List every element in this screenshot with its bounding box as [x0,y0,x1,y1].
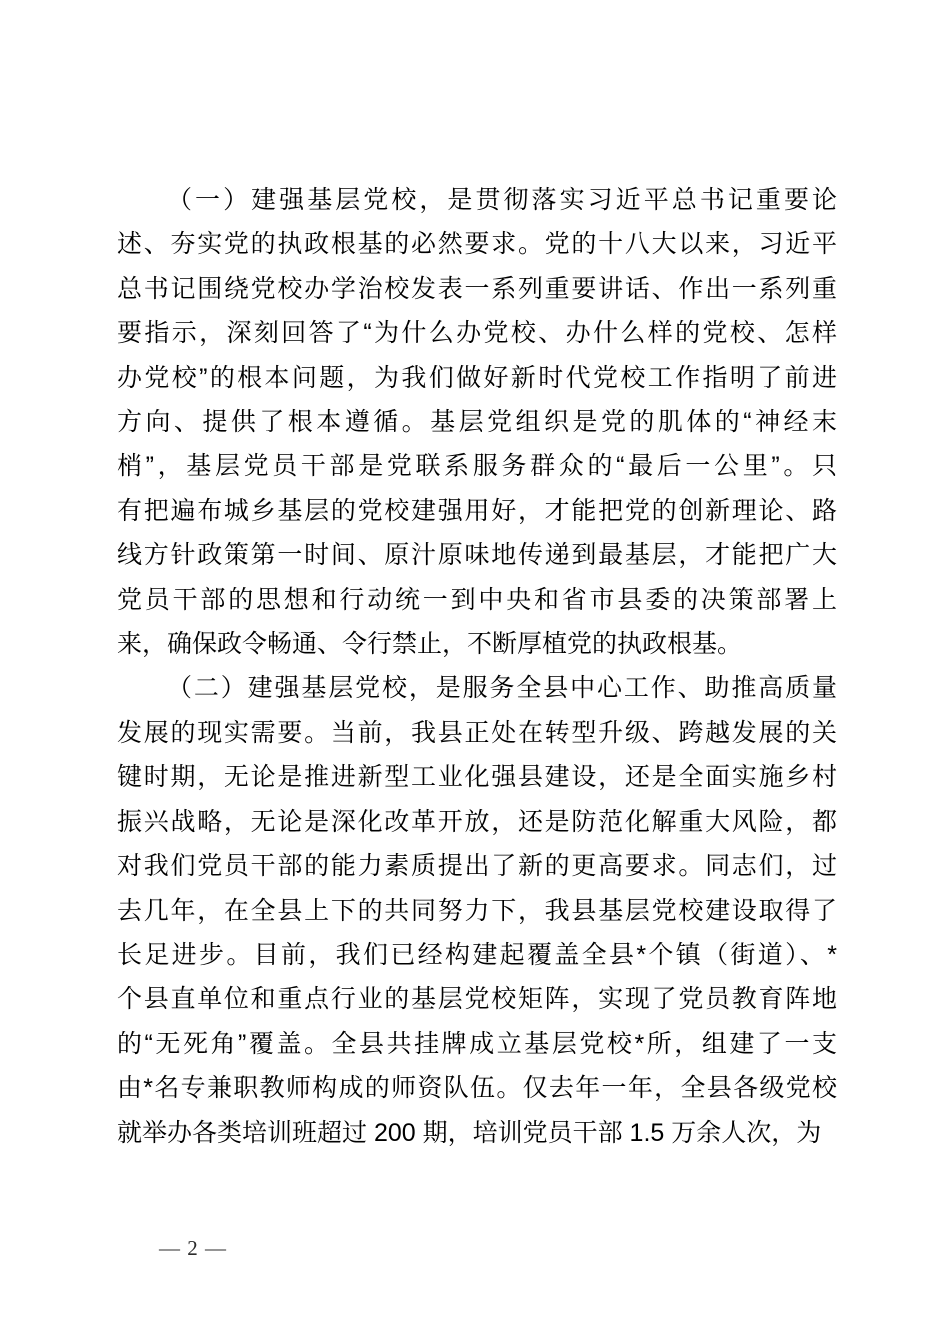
text-line: 党员干部的思想和行动统一到中央和省市县委的决策部署上 [117,578,837,622]
text-line: 有把遍布城乡基层的党校建强用好，才能把党的创新理论、路 [117,489,837,533]
text-line: 线方针政策第一时间、原汁原味地传递到最基层，才能把广大 [117,533,837,577]
text-line: 要指示，深刻回答了“为什么办党校、办什么样的党校、怎样 [117,311,837,355]
text-line: 总书记围绕党校办学治校发表一系列重要讲话、作出一系列重 [117,267,837,311]
paragraph-2: （二）建强基层党校，是服务全县中心工作、助推高质量 发展的现实需要。当前，我县正… [117,666,837,1154]
text-line: 梢”，基层党员干部是党联系服务群众的“最后一公里”。只 [117,444,837,488]
text-line: 就举办各类培训班超过 200 期，培训党员干部 1.5 万余人次，为 [117,1111,837,1155]
text-line: 对我们党员干部的能力素质提出了新的更高要求。同志们，过 [117,844,837,888]
text-line: 办党校”的根本问题，为我们做好新时代党校工作指明了前进 [117,356,837,400]
text-line: 振兴战略，无论是深化改革开放，还是防范化解重大风险，都 [117,800,837,844]
text-block: （一）建强基层党校，是贯彻落实习近平总书记重要论 述、夯实党的执政根基的必然要求… [117,178,837,1155]
paragraph-1: （一）建强基层党校，是贯彻落实习近平总书记重要论 述、夯实党的执政根基的必然要求… [117,178,837,666]
text-line: 个县直单位和重点行业的基层党校矩阵，实现了党员教育阵地 [117,977,837,1021]
text-line: 方向、提供了根本遵循。基层党组织是党的肌体的“神经末 [117,400,837,444]
text-line: 长足进步。目前，我们已经构建起覆盖全县*个镇（街道）、* [117,933,837,977]
text-line: （一）建强基层党校，是贯彻落实习近平总书记重要论 [117,178,837,222]
text-line: 述、夯实党的执政根基的必然要求。党的十八大以来，习近平 [117,222,837,266]
text-line: 的“无死角”覆盖。全县共挂牌成立基层党校*所，组建了一支 [117,1022,837,1066]
document-page: （一）建强基层党校，是贯彻落实习近平总书记重要论 述、夯实党的执政根基的必然要求… [0,0,950,1344]
text-line: 由*名专兼职教师构成的师资队伍。仅去年一年，全县各级党校 [117,1066,837,1110]
text-line: 去几年，在全县上下的共同努力下，我县基层党校建设取得了 [117,889,837,933]
text-line: （二）建强基层党校，是服务全县中心工作、助推高质量 [117,666,837,710]
text-line: 键时期，无论是推进新型工业化强县建设，还是全面实施乡村 [117,755,837,799]
page-number: — 2 — [159,1236,227,1261]
text-line: 来，确保政令畅通、令行禁止，不断厚植党的执政根基。 [117,622,837,666]
text-line: 发展的现实需要。当前，我县正处在转型升级、跨越发展的关 [117,711,837,755]
